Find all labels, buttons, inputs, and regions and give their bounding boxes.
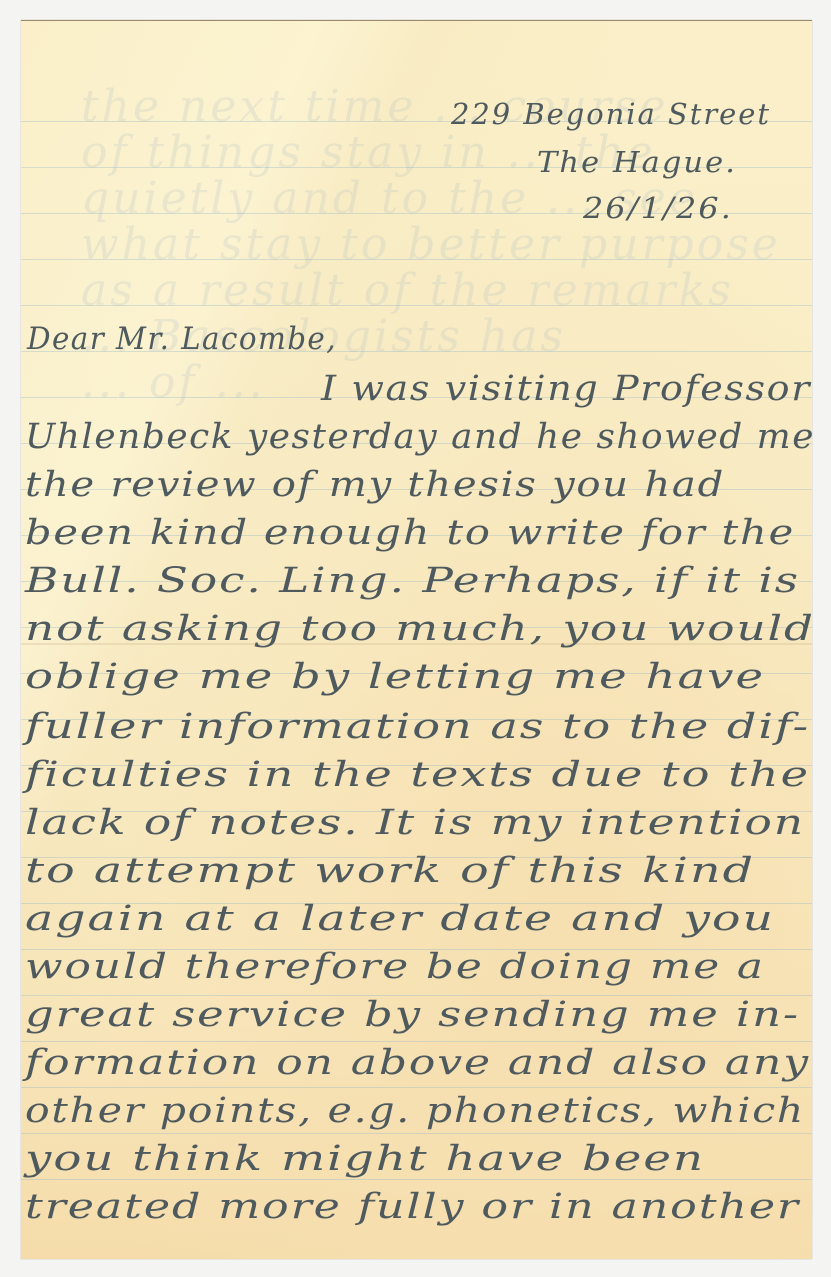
ruled-line xyxy=(21,1041,812,1042)
address-street: 229 Begonia Street xyxy=(451,97,771,131)
letter-date: 26/1/26. xyxy=(583,191,733,225)
address-city: The Hague. xyxy=(537,145,737,179)
body-line: again at a later date and you xyxy=(25,899,775,939)
body-line: other points, e.g. phonetics, which xyxy=(25,1091,805,1131)
bleed-through-text: as a result of the remarks xyxy=(81,265,734,316)
body-line: not asking too much, you would xyxy=(25,609,815,649)
body-line: you think might have been xyxy=(25,1139,705,1179)
salutation: Dear Mr. Lacombe, xyxy=(27,321,337,357)
bleed-through-text: what stay to better purpose xyxy=(81,219,781,270)
body-line: been kind enough to write for the xyxy=(25,513,795,553)
body-line: I was visiting Professor xyxy=(321,369,811,409)
letter-sheet: the next time ... course of things stay … xyxy=(21,20,812,1259)
body-line: great service by sending me in- xyxy=(25,995,800,1035)
body-line: formation on above and also any xyxy=(25,1043,810,1083)
bleed-through-text: ... of ... xyxy=(81,357,266,408)
body-line: treated more fully or in another xyxy=(25,1187,800,1227)
body-line: the review of my thesis you had xyxy=(25,465,725,505)
body-line: Bull. Soc. Ling. Perhaps, if it is xyxy=(25,561,800,601)
ruled-line xyxy=(21,1087,812,1088)
body-line: lack of notes. It is my intention xyxy=(25,803,805,843)
ruled-line xyxy=(21,1133,812,1134)
body-line: ficulties in the texts due to the xyxy=(25,755,810,795)
body-line: Uhlenbeck yesterday and he showed me xyxy=(25,417,815,457)
body-line: would therefore be doing me a xyxy=(25,947,765,987)
body-line: fuller information as to the dif- xyxy=(25,707,810,747)
ruled-line xyxy=(21,1179,812,1180)
body-line: oblige me by letting me have xyxy=(25,657,765,697)
body-line: to attempt work of this kind xyxy=(25,851,755,891)
